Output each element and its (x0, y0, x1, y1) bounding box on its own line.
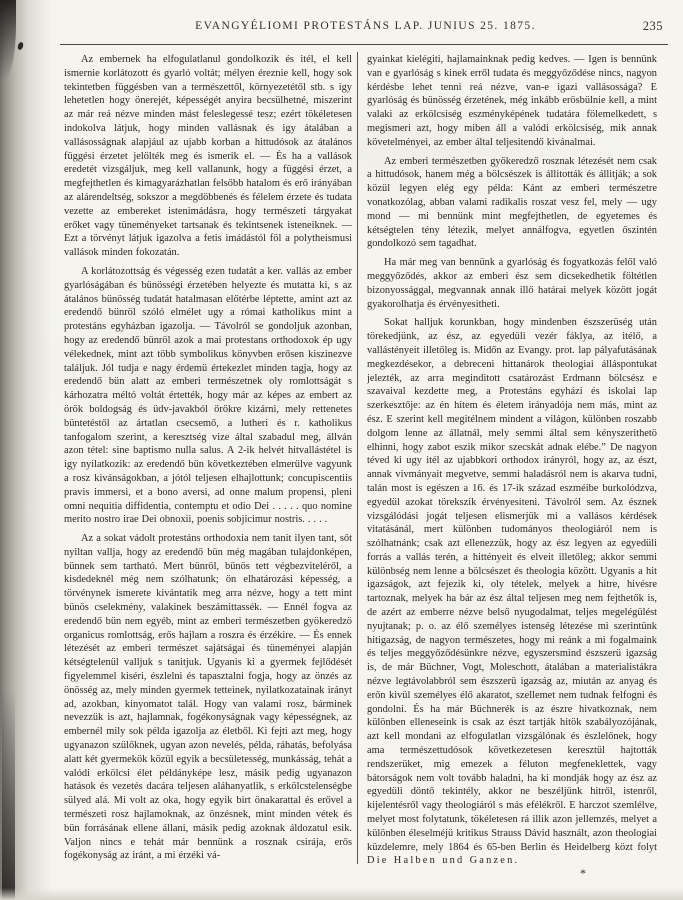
left-column: Az embernek ha elfogulatlanul gondolkozi… (64, 53, 352, 865)
footnote-asterisk: * (580, 866, 586, 881)
paragraph: Az embernek ha elfogulatlanul gondolkozi… (64, 53, 352, 260)
page-number: 235 (643, 19, 663, 34)
column-divider (357, 52, 358, 864)
scan-corner-shadow (0, 0, 16, 78)
page-gutter-shadow (0, 0, 52, 900)
paragraph: Az a sokat vádolt protestáns orthodoxia … (64, 532, 352, 863)
header-rule (60, 44, 668, 45)
page-header: EVANGYÉLIOMI PROTESTÁNS LAP. JUNIUS 25. … (62, 18, 669, 40)
scan-speck (17, 41, 24, 50)
journal-title: EVANGYÉLIOMI PROTESTÁNS LAP. JUNIUS 25. … (62, 20, 669, 32)
bottom-edge-shadow (0, 888, 683, 900)
paragraph: Az emberi természetben gyökeredző roszna… (367, 155, 657, 252)
right-column: gyainkat kielégiti, hajlamainknak pedig … (367, 53, 657, 865)
paragraph: Sokat halljuk korunkban, hogy mindenben … (367, 316, 657, 865)
paragraph: gyainkat kielégiti, hajlamainknak pedig … (367, 53, 657, 150)
gutter-dark-band (2, 690, 15, 900)
paragraph-text: Sokat halljuk korunkban, hogy mindenben … (367, 317, 657, 852)
scanned-newspaper-page: EVANGYÉLIOMI PROTESTÁNS LAP. JUNIUS 25. … (0, 0, 683, 900)
emphasized-phrase: Die Halben und Ganzen. (367, 855, 519, 865)
paragraph: Ha már meg van bennünk a gyarlóság és fo… (367, 256, 657, 311)
paragraph: A korlátozottság és végesség ezen tudatá… (64, 265, 352, 527)
